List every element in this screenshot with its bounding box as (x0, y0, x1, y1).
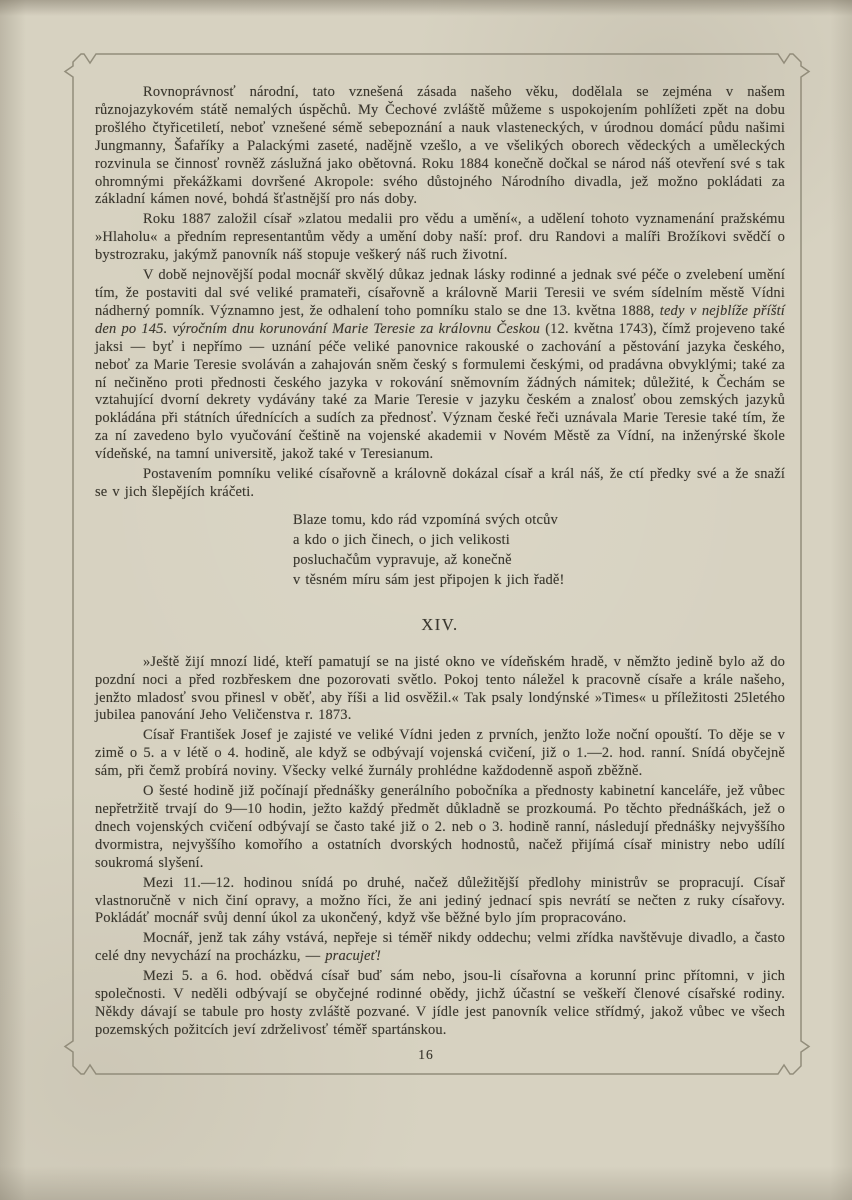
paragraph-10: Mezi 11.—12. hodinou snídá po druhé, nač… (95, 875, 785, 929)
text-run: O šesté hodině již počínají přednášky ge… (95, 783, 785, 871)
book-page: Rovnoprávnosť národní, tato vznešená zás… (0, 0, 852, 1200)
paragraph-4: Postavením pomníku veliké císařovně a kr… (95, 466, 785, 502)
paragraph-9: O šesté hodině již počínají přednášky ge… (95, 783, 785, 873)
paragraph-8: Císař František Josef je zajisté ve veli… (95, 727, 785, 781)
text-run: (12. května 1743), čímž projeveno také j… (95, 321, 785, 462)
verse: Blaze tomu, kdo rád vzpomíná svých otcův… (95, 510, 785, 590)
paragraph-7: »Ještě žijí mnozí lidé, kteří pamatují s… (95, 654, 785, 726)
verse-line: a kdo o jich činech, o jich velikosti (293, 530, 785, 550)
page-number: 16 (0, 1047, 852, 1063)
paragraph-1: Rovnoprávnosť národní, tato vznešená zás… (95, 84, 785, 209)
italic-text-run: pracujeť! (325, 948, 381, 964)
text-run: Roku 1887 založil císař »zlatou medalii … (95, 211, 785, 263)
paragraph-2: Roku 1887 založil císař »zlatou medalii … (95, 211, 785, 265)
verse-line: posluchačům vypravuje, až konečně (293, 550, 785, 570)
verse-line: v těsném míru sám jest připojen k jich ř… (293, 570, 785, 590)
document-body: Rovnoprávnosť národní, tato vznešená zás… (95, 84, 785, 1042)
text-run: Císař František Josef je zajisté ve veli… (95, 727, 785, 779)
text-run: Postavením pomníku veliké císařovně a kr… (95, 466, 785, 500)
text-run: Mezi 5. a 6. hod. obědvá císař buď sám n… (95, 968, 785, 1038)
paragraph-3: V době nejnovější podal mocnář skvělý dů… (95, 267, 785, 464)
paragraph-11: Mocnář, jenž tak záhy vstává, nepřeje si… (95, 930, 785, 966)
text-run: Rovnoprávnosť národní, tato vznešená zás… (95, 84, 785, 207)
paragraph-12: Mezi 5. a 6. hod. obědvá císař buď sám n… (95, 968, 785, 1040)
section-heading: XIV. (95, 616, 785, 634)
text-run: »Ještě žijí mnozí lidé, kteří pamatují s… (95, 654, 785, 724)
text-run: Mezi 11.—12. hodinou snídá po druhé, nač… (95, 875, 785, 927)
verse-line: Blaze tomu, kdo rád vzpomíná svých otcův (293, 510, 785, 530)
text-run: Mocnář, jenž tak záhy vstává, nepřeje si… (95, 930, 785, 964)
